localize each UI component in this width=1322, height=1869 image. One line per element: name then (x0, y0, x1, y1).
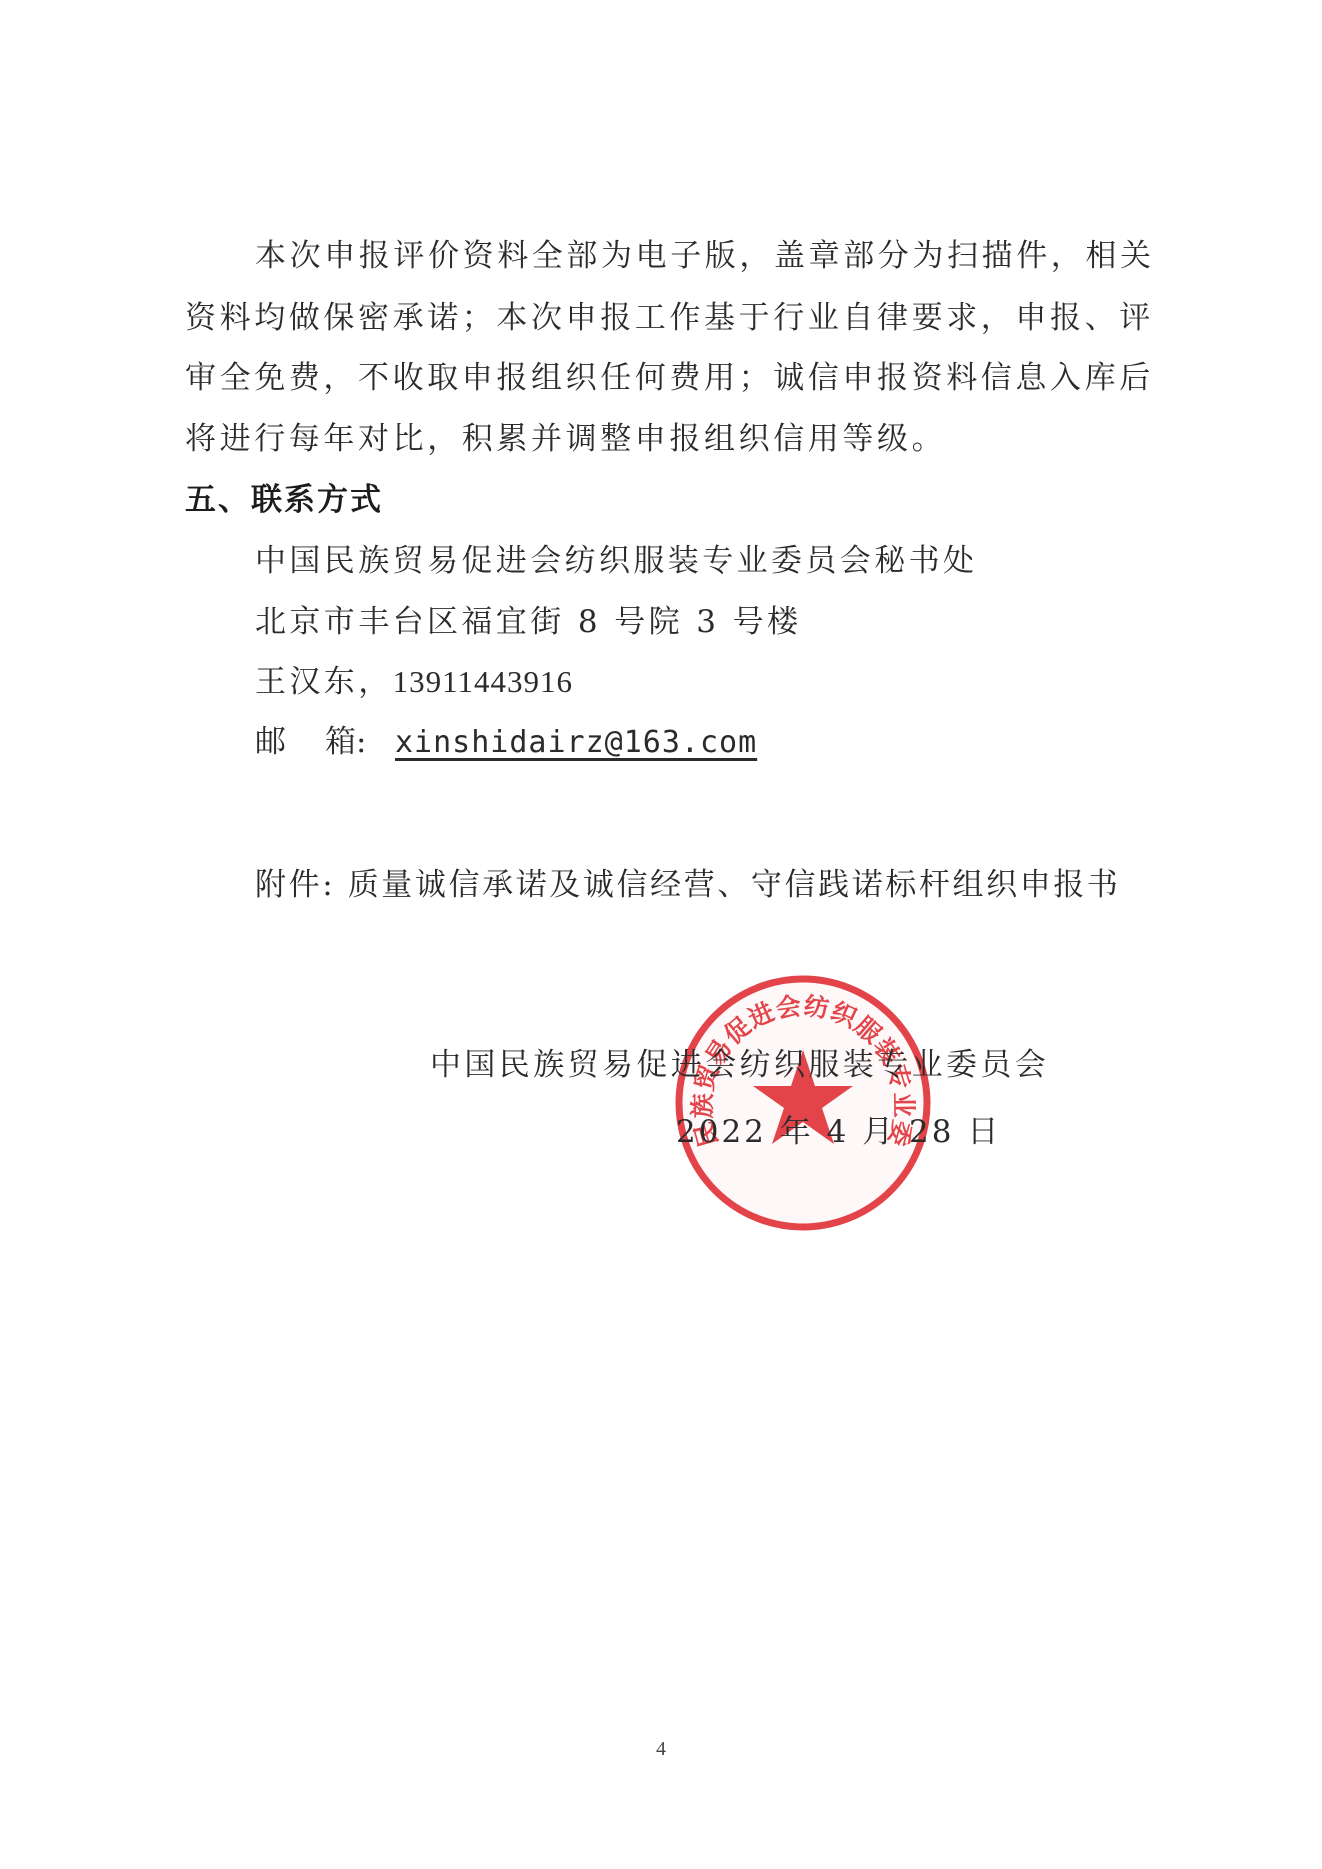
contact-person-phone: 王汉东，13911443916 (255, 662, 1235, 702)
email-link[interactable]: xinshidairz@163.com (395, 725, 757, 760)
contact-address: 北京市丰台区福宜街 8 号院 3 号楼 (255, 602, 1235, 642)
paragraph-line-2: 资料均做保密承诺；本次申报工作基于行业自律要求，申报、评 (185, 298, 1165, 338)
attachment-note: 附件: 质量诚信承诺及诚信经营、守信践诺标杆组织申报书 (255, 865, 1235, 905)
section-heading-contact: 五、联系方式 (185, 480, 1165, 520)
contact-organization: 中国民族贸易促进会纺织服装专业委员会秘书处 (255, 541, 1235, 581)
contact-email-row: 邮箱:xinshidairz@163.com (255, 722, 1235, 763)
paragraph-line-4: 将进行每年对比，积累并调整申报组织信用等级。 (185, 419, 1165, 459)
signature-date: 2022 年 4 月 28 日 (676, 1112, 1001, 1152)
contact-person-name: 王汉东， (255, 664, 393, 700)
page-number: 4 (0, 1738, 1322, 1761)
paragraph-line-3: 审全免费，不收取申报组织任何费用；诚信申报资料信息入库后 (185, 358, 1165, 398)
paragraph-line-1: 本次申报评价资料全部为电子版，盖章部分为扫描件，相关 (255, 236, 1235, 276)
signature-organization: 中国民族贸易促进会纺织服装专业委员会 (430, 1045, 1049, 1085)
official-seal-icon: 中国民族贸易促进会纺织服装专业委员会 (672, 972, 934, 1234)
email-label: 邮箱: (255, 722, 395, 762)
contact-phone: 13911443916 (393, 664, 573, 699)
document-page: 本次申报评价资料全部为电子版，盖章部分为扫描件，相关 资料均做保密承诺；本次申报… (0, 0, 1322, 1869)
